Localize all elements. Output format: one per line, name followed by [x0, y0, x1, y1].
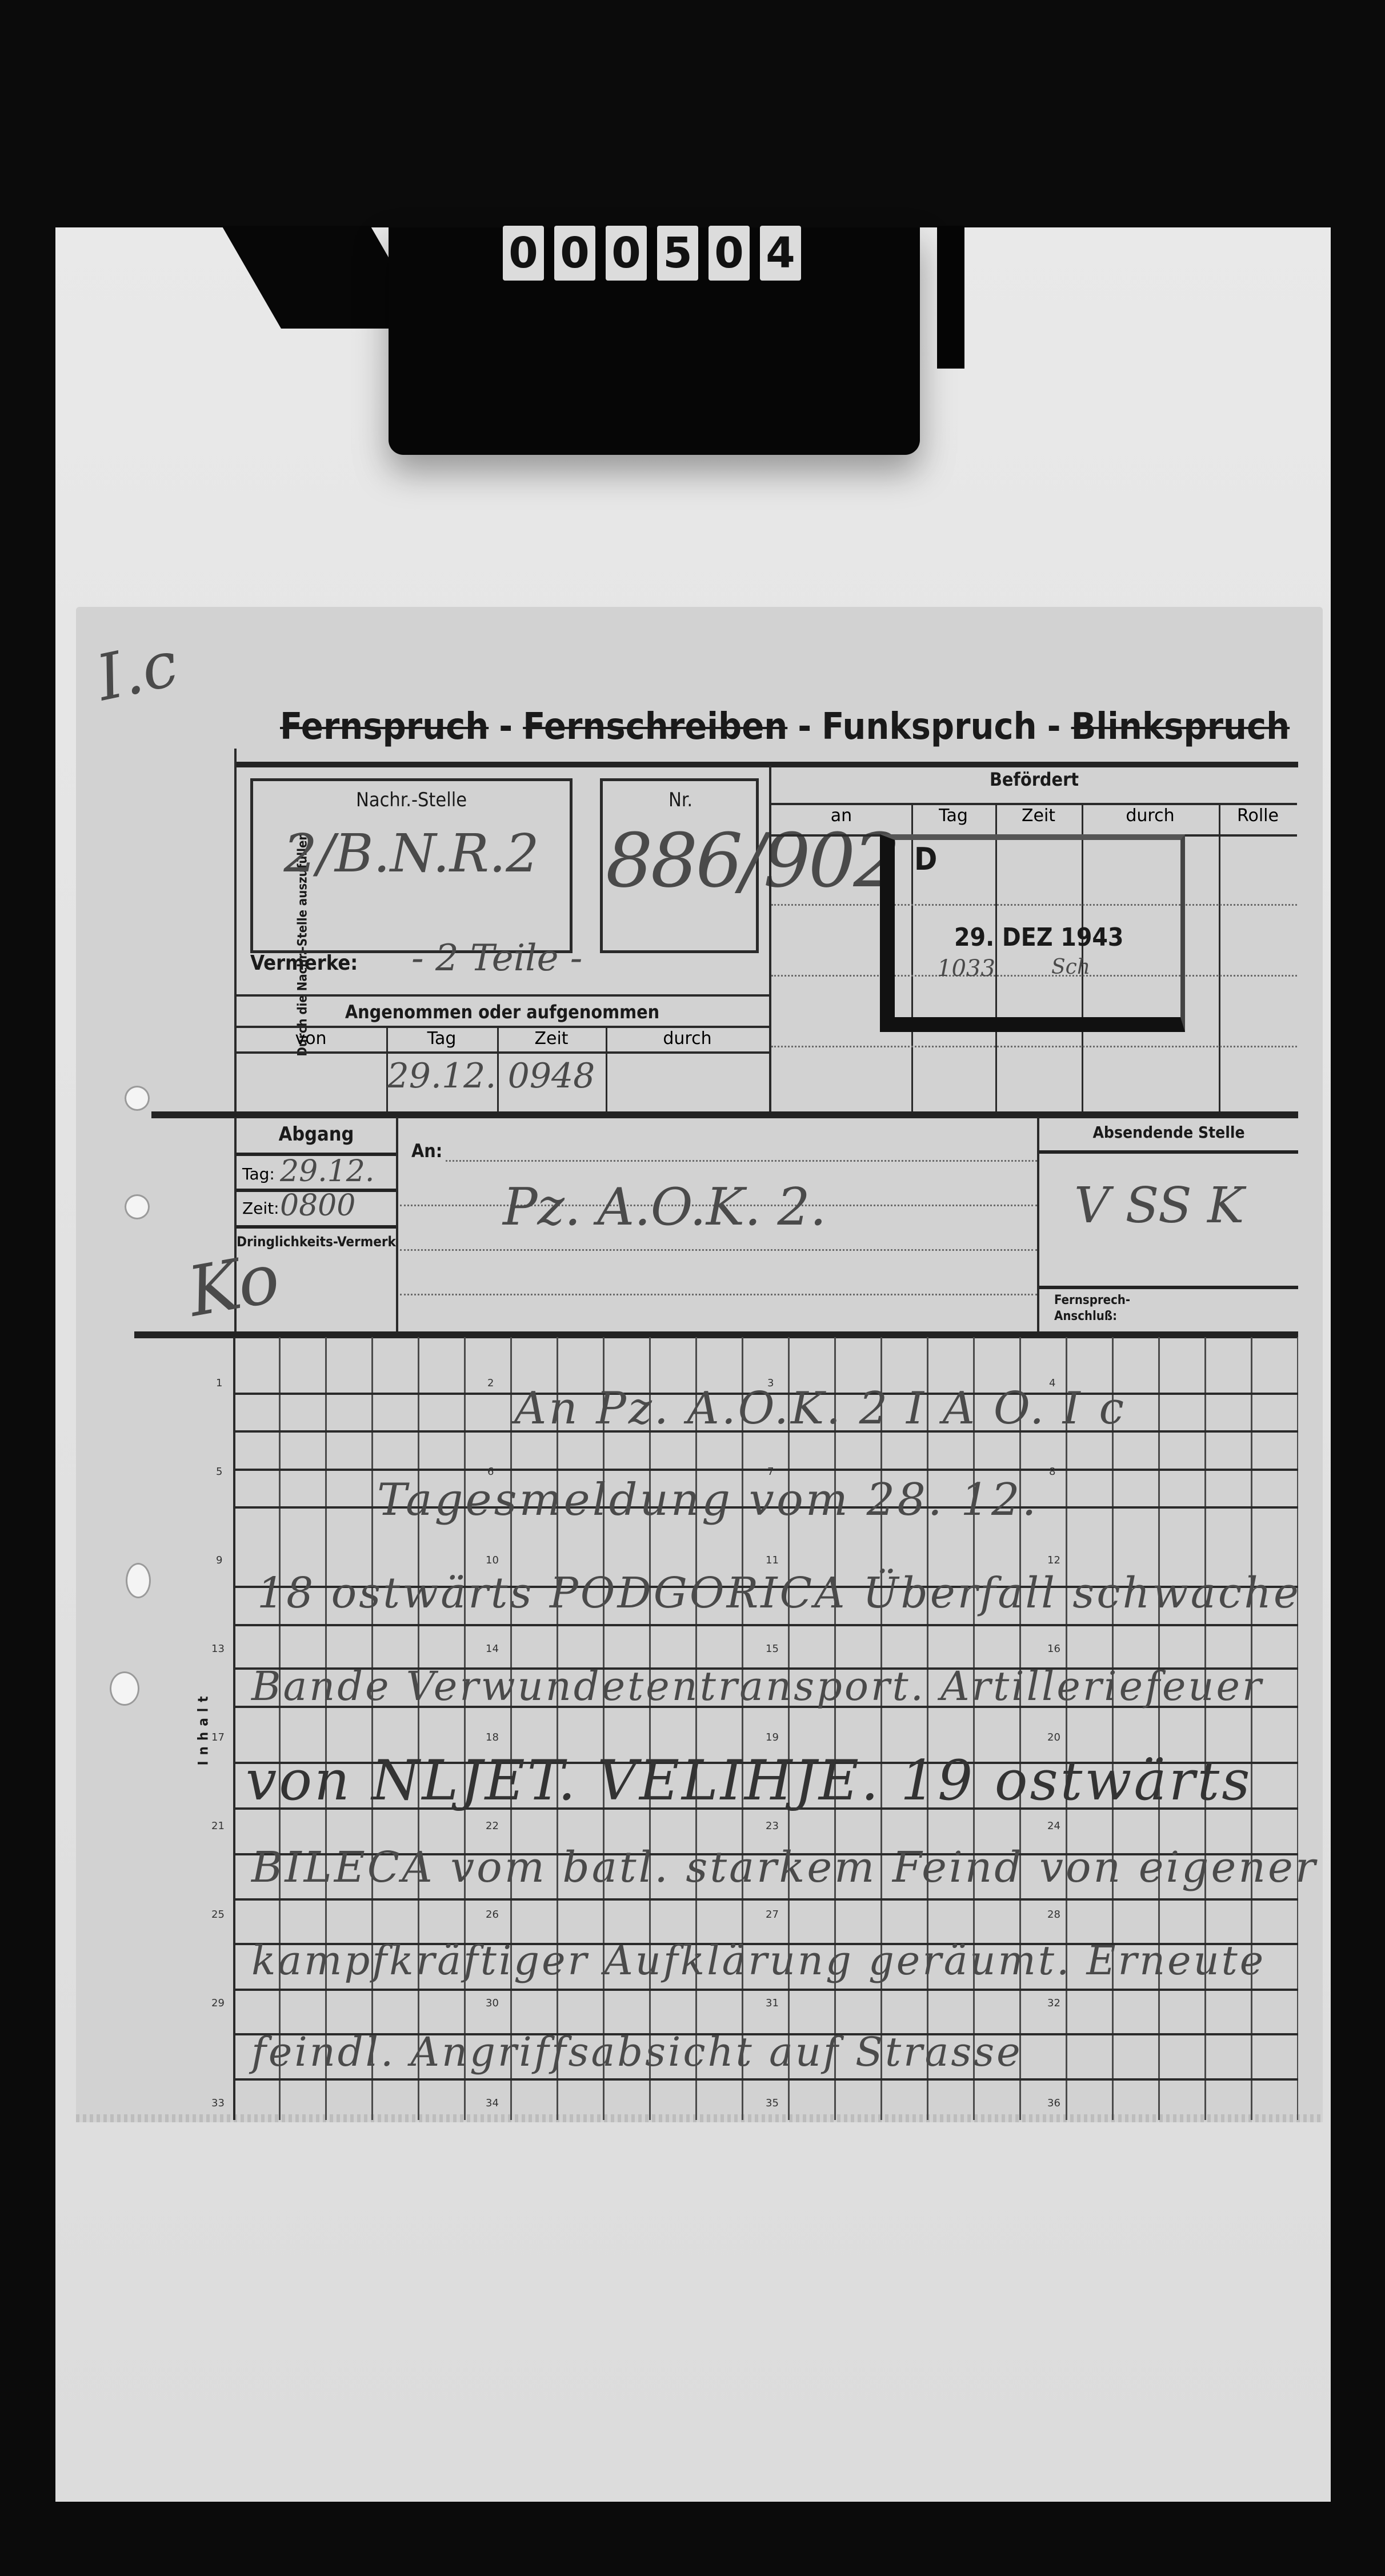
section-rule — [151, 1111, 1298, 1118]
group-number: 34 — [486, 2097, 499, 2109]
punch-hole — [110, 1671, 139, 1706]
stamp-initials: Sch — [1051, 955, 1090, 979]
title-option-funkspruch: Funkspruch — [822, 706, 1036, 748]
group-number: 35 — [766, 2097, 779, 2109]
punch-hole — [125, 1194, 150, 1219]
stamp-time: 1033 — [937, 955, 995, 982]
befoerdert-col-zeit: Zeit — [995, 806, 1082, 826]
dotted-line — [446, 1160, 1037, 1162]
message-line: feindl. Angriffsabsicht auf Strasse — [251, 2029, 1023, 2075]
writing-rule — [235, 1624, 1298, 1626]
befoerdert-col-tag: Tag — [911, 806, 995, 826]
angenommen-col-durch: durch — [606, 1029, 769, 1049]
nr-value[interactable]: 886/902 — [606, 817, 898, 904]
group-number: 31 — [766, 1997, 779, 2009]
dotted-line — [400, 1249, 1037, 1251]
abgang-tag-value[interactable]: 29.12. — [280, 1154, 374, 1189]
section-divider — [234, 749, 237, 1114]
befoerdert-label: Befördert — [771, 769, 1297, 790]
title-option-fernspruch: Fernspruch — [280, 706, 489, 748]
an-value[interactable]: Pz. A.O.K. 2. — [503, 1177, 826, 1237]
angenommen-tag-value[interactable]: 29.12. — [386, 1056, 497, 1096]
title-rule — [235, 762, 1298, 767]
row-number: 33 — [211, 2097, 225, 2109]
group-number: 24 — [1047, 1820, 1060, 1832]
fernsprech-label: Fernsprech-Anschluß: — [1054, 1293, 1180, 1325]
counter-digit: 5 — [657, 226, 698, 281]
nachr-stelle-value[interactable]: 2/B.N.R.2 — [250, 823, 573, 884]
counter-knob — [937, 226, 964, 369]
row-number: 21 — [211, 1820, 225, 1832]
group-number: 32 — [1047, 1997, 1060, 2009]
abgang-label: Abgang — [237, 1123, 396, 1146]
angenommen-zeit-value[interactable]: 0948 — [497, 1056, 606, 1096]
message-line: Bande Verwundetentransport. Artilleriefe… — [251, 1663, 1263, 1710]
row-number: 13 — [211, 1643, 225, 1655]
form-title-row: Fernspruch - Fernschreiben - Funkspruch … — [280, 706, 1290, 748]
counter-digit: 0 — [708, 226, 750, 281]
vermerke-label: Vermerke: — [250, 951, 358, 975]
group-number: 12 — [1047, 1554, 1060, 1566]
group-number: 19 — [766, 1731, 779, 1743]
group-number: 27 — [766, 1909, 779, 1921]
side-mark: Ko — [182, 1238, 285, 1332]
stamp-letter: D — [914, 841, 937, 877]
an-label: An: — [411, 1140, 442, 1162]
message-line: 18 ostwärts PODGORICA Überfall schwache — [257, 1569, 1301, 1618]
group-number: 30 — [486, 1997, 499, 2009]
counter-digit: 4 — [760, 226, 801, 281]
frame-counter-digits: 0 0 0 5 0 4 — [503, 226, 801, 283]
message-line: BILECA vom batl. starkem Feind von eigen… — [251, 1843, 1318, 1892]
row-number: 17 — [211, 1731, 225, 1743]
befoerdert-col-an: an — [771, 806, 911, 826]
table-rule — [237, 1225, 396, 1229]
group-number: 14 — [486, 1643, 499, 1655]
group-number: 28 — [1047, 1909, 1060, 1921]
writing-rule — [235, 2078, 1298, 2081]
group-number: 10 — [486, 1554, 499, 1566]
message-line: von NLJET. VELIHJE. 19 ostwärts — [246, 1749, 1252, 1813]
section-divider — [1037, 1117, 1039, 1333]
abgang-zeit-value[interactable]: 0800 — [280, 1189, 355, 1223]
section-divider — [396, 1117, 398, 1333]
group-number: 23 — [766, 1820, 779, 1832]
table-rule — [1039, 1150, 1298, 1154]
message-line: Tagesmeldung vom 28. 12. — [377, 1474, 1038, 1526]
table-rule — [235, 1026, 769, 1028]
group-number: 8 — [1049, 1466, 1055, 1478]
row-number: 5 — [216, 1466, 222, 1478]
group-number: 36 — [1047, 2097, 1060, 2109]
counter-digit: 0 — [606, 226, 647, 281]
absendende-stelle-label: Absendende Stelle — [1039, 1123, 1298, 1142]
row-number: 1 — [216, 1377, 222, 1389]
row-number: 25 — [211, 1909, 225, 1921]
grid-left-border — [233, 1337, 235, 2120]
group-number: 15 — [766, 1643, 779, 1655]
abgang-zeit-label: Zeit: — [242, 1199, 279, 1218]
group-number: 26 — [486, 1909, 499, 1921]
title-option-blinkspruch: Blinkspruch — [1071, 706, 1290, 748]
table-rule — [1039, 1286, 1298, 1289]
counter-digit: 0 — [503, 226, 544, 281]
group-number: 2 — [487, 1377, 494, 1389]
dotted-line — [400, 1294, 1037, 1295]
befoerdert-col-rolle: Rolle — [1219, 806, 1297, 826]
vermerke-value[interactable]: - 2 Teile - — [411, 937, 582, 979]
angenommen-col-tag: Tag — [386, 1029, 497, 1049]
table-col-divider — [1219, 804, 1220, 1113]
angenommen-col-zeit: Zeit — [497, 1029, 606, 1049]
message-line: An Pz. A.O.K. 2 I A O. I c — [514, 1383, 1126, 1434]
group-number: 20 — [1047, 1731, 1060, 1743]
counter-digit: 0 — [554, 226, 595, 281]
punch-hole — [125, 1086, 150, 1111]
stamp-date: 29. DEZ 1943 — [954, 923, 1123, 952]
table-rule — [235, 1051, 769, 1054]
group-number: 22 — [486, 1820, 499, 1832]
writing-rule — [235, 1898, 1298, 1901]
row-number: 9 — [216, 1554, 222, 1566]
group-number: 11 — [766, 1554, 779, 1566]
writing-rule — [235, 1469, 1298, 1471]
row-number: 29 — [211, 1997, 225, 2009]
befoerdert-col-durch: durch — [1082, 806, 1219, 826]
table-rule — [771, 803, 1297, 805]
title-option-fernschreiben: Fernschreiben — [523, 706, 787, 748]
inhalt-label: Inhalt — [195, 1690, 211, 1765]
title-separator: - — [499, 706, 513, 748]
group-number: 18 — [486, 1731, 499, 1743]
dotted-line — [771, 1046, 1297, 1047]
writing-rule — [235, 1989, 1298, 1991]
nachr-stelle-label: Nachr.-Stelle — [250, 789, 573, 811]
title-separator: - — [1047, 706, 1061, 748]
title-separator: - — [798, 706, 811, 748]
punch-hole — [126, 1563, 151, 1598]
message-line: kampfkräftiger Aufklärung geräumt. Erneu… — [251, 1937, 1266, 1984]
absendende-stelle-value[interactable]: V SS K — [1074, 1177, 1244, 1234]
group-number: 16 — [1047, 1643, 1060, 1655]
vermerke-rule — [235, 994, 769, 997]
angenommen-label: Angenommen oder aufgenommen — [235, 1001, 769, 1023]
angenommen-col-von: von — [235, 1029, 386, 1049]
nr-label: Nr. — [669, 789, 692, 811]
abgang-tag-label: Tag: — [242, 1165, 275, 1183]
